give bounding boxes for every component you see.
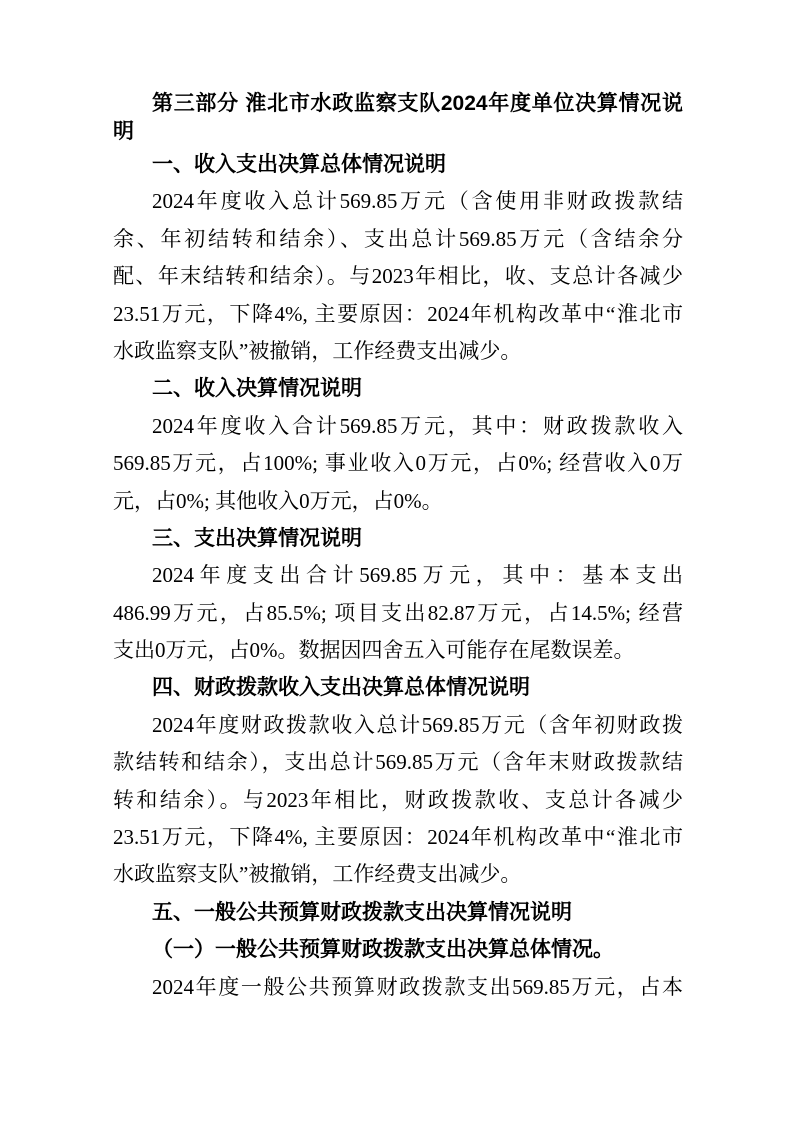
text-line: 元，占0%; 其他收入0万元，占0%。 bbox=[113, 483, 683, 520]
text-line: 2024年度财政拨款收入总计569.85万元（含年初财政拨 bbox=[113, 707, 683, 744]
section-2-heading: 二、收入决算情况说明 bbox=[113, 370, 683, 407]
text-line: 转和结余）。与2023年相比，财政拨款收、支总计各减少 bbox=[113, 782, 683, 819]
text-line: 第三部分 淮北市水政监察支队2024年度单位决算情况说 bbox=[113, 90, 683, 118]
text-line: 二、收入决算情况说明 bbox=[113, 370, 683, 407]
text-line: 支出0万元，占0%。数据因四舍五入可能存在尾数误差。 bbox=[113, 632, 683, 669]
section-5-1-paragraph: 2024年度一般公共预算财政拨款支出569.85万元，占本 bbox=[113, 969, 683, 1006]
document-content: 第三部分 淮北市水政监察支队2024年度单位决算情况说明一、收入支出决算总体情况… bbox=[113, 90, 683, 1006]
text-line: 486.99万元，占85.5%; 项目支出82.87万元，占14.5%; 经营 bbox=[113, 595, 683, 632]
section-5-1-subheading: （一）一般公共预算财政拨款支出决算总体情况。 bbox=[113, 931, 683, 968]
section-3-paragraph: 2024年度支出合计569.85万元，其中：基本支出486.99万元，占85.5… bbox=[113, 557, 683, 669]
text-line: （一）一般公共预算财政拨款支出决算总体情况。 bbox=[113, 931, 683, 968]
text-line: 水政监察支队”被撤销，工作经费支出减少。 bbox=[113, 856, 683, 893]
text-line: 四、财政拨款收入支出决算总体情况说明 bbox=[113, 669, 683, 706]
text-line: 23.51万元，下降4%, 主要原因：2024年机构改革中“淮北市 bbox=[113, 819, 683, 856]
text-line: 一、收入支出决算总体情况说明 bbox=[113, 146, 683, 183]
text-line: 2024年度支出合计569.85万元，其中：基本支出 bbox=[113, 557, 683, 594]
section-3-heading: 三、支出决算情况说明 bbox=[113, 520, 683, 557]
text-line: 2024年度一般公共预算财政拨款支出569.85万元，占本 bbox=[113, 969, 683, 1006]
section-4-paragraph: 2024年度财政拨款收入总计569.85万元（含年初财政拨款结转和结余），支出总… bbox=[113, 707, 683, 894]
document-title: 第三部分 淮北市水政监察支队2024年度单位决算情况说明 bbox=[113, 90, 683, 146]
text-line: 23.51万元，下降4%, 主要原因：2024年机构改革中“淮北市 bbox=[113, 296, 683, 333]
text-line: 明 bbox=[113, 118, 683, 146]
section-4-heading: 四、财政拨款收入支出决算总体情况说明 bbox=[113, 669, 683, 706]
text-line: 569.85万元，占100%; 事业收入0万元，占0%; 经营收入0万 bbox=[113, 445, 683, 482]
text-line: 2024年度收入合计569.85万元，其中：财政拨款收入 bbox=[113, 408, 683, 445]
text-line: 配、年末结转和结余）。与2023年相比，收、支总计各减少 bbox=[113, 258, 683, 295]
section-5-heading: 五、一般公共预算财政拨款支出决算情况说明 bbox=[113, 894, 683, 931]
section-2-paragraph: 2024年度收入合计569.85万元，其中：财政拨款收入569.85万元，占10… bbox=[113, 408, 683, 520]
text-line: 水政监察支队”被撤销，工作经费支出减少。 bbox=[113, 333, 683, 370]
text-line: 2024年度收入总计569.85万元（含使用非财政拨款结 bbox=[113, 183, 683, 220]
document-page: 第三部分 淮北市水政监察支队2024年度单位决算情况说明一、收入支出决算总体情况… bbox=[0, 0, 793, 1122]
text-line: 三、支出决算情况说明 bbox=[113, 520, 683, 557]
text-line: 五、一般公共预算财政拨款支出决算情况说明 bbox=[113, 894, 683, 931]
text-line: 款结转和结余），支出总计569.85万元（含年末财政拨款结 bbox=[113, 744, 683, 781]
section-1-heading: 一、收入支出决算总体情况说明 bbox=[113, 146, 683, 183]
text-line: 余、年初结转和结余）、支出总计569.85万元（含结余分 bbox=[113, 221, 683, 258]
section-1-paragraph: 2024年度收入总计569.85万元（含使用非财政拨款结余、年初结转和结余）、支… bbox=[113, 183, 683, 370]
